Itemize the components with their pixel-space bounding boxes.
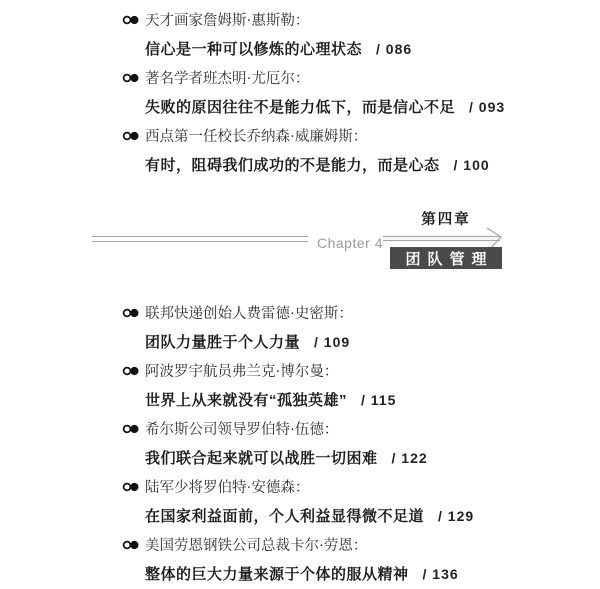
- toc-entry: 美国劳恩钢铁公司总裁卡尔·劳恩： 整体的巨大力量来源于个体的服从精神 / 136: [122, 530, 552, 588]
- toc-quote: 我们联合起来就可以战胜一切困难: [145, 447, 378, 468]
- toc-page-number: / 109: [314, 334, 350, 350]
- double-dot-bullet-icon: [122, 540, 139, 550]
- double-dot-bullet-icon: [122, 15, 139, 25]
- toc-page-number: / 115: [361, 392, 396, 408]
- toc-entry: 希尔斯公司领导罗伯特·伍德： 我们联合起来就可以战胜一切困难 / 122: [122, 414, 552, 472]
- toc-entry: 天才画家詹姆斯·惠斯勒： 信心是一种可以修炼的心理状态 / 086: [122, 5, 552, 63]
- toc-page-number: / 136: [423, 566, 459, 582]
- double-dot-bullet-icon: [122, 424, 139, 434]
- toc-section-bottom: 联邦快递创始人费雷德·史密斯： 团队力量胜于个人力量 / 109 阿波罗宇航员弗…: [122, 298, 552, 588]
- toc-speaker: 联邦快递创始人费雷德·史密斯：: [145, 302, 353, 323]
- toc-entry: 西点第一任校长乔纳森·威廉姆斯： 有时，阻碍我们成功的不是能力，而是心态 / 1…: [122, 121, 552, 179]
- toc-page-number: / 086: [376, 41, 412, 57]
- double-dot-bullet-icon: [122, 482, 139, 492]
- toc-quote: 世界上从来就没有“孤独英雄”: [145, 389, 347, 410]
- toc-speaker: 阿波罗宇航员弗兰克·博尔曼：: [145, 360, 338, 381]
- toc-quote: 信心是一种可以修炼的心理状态: [145, 38, 362, 59]
- toc-speaker: 天才画家詹姆斯·惠斯勒：: [145, 9, 309, 30]
- toc-page-number: / 122: [392, 450, 428, 466]
- toc-quote: 整体的巨大力量来源于个体的服从精神: [145, 563, 409, 584]
- toc-section-top: 天才画家詹姆斯·惠斯勒： 信心是一种可以修炼的心理状态 / 086 著名学者班杰…: [122, 5, 552, 179]
- toc-quote: 团队力量胜于个人力量: [145, 331, 300, 352]
- toc-quote: 失败的原因往往不是能力低下，而是信心不足: [145, 96, 455, 117]
- toc-quote: 有时，阻碍我们成功的不是能力，而是心态: [145, 154, 440, 175]
- double-dot-bullet-icon: [122, 366, 139, 376]
- toc-speaker: 美国劳恩钢铁公司总裁卡尔·劳恩：: [145, 534, 367, 555]
- toc-page-number: / 100: [454, 157, 490, 173]
- toc-speaker: 西点第一任校长乔纳森·威廉姆斯：: [145, 125, 367, 146]
- toc-page-number: / 093: [469, 99, 505, 115]
- book-toc-page: 天才画家詹姆斯·惠斯勒： 信心是一种可以修炼的心理状态 / 086 著名学者班杰…: [0, 0, 600, 589]
- toc-page-number: / 129: [438, 508, 474, 524]
- toc-quote: 在国家利益面前，个人利益显得微不足道: [145, 505, 424, 526]
- double-dot-bullet-icon: [122, 308, 139, 318]
- chapter-number-en: Chapter 4: [317, 235, 383, 251]
- chapter-number-cn: 第四章: [390, 208, 502, 229]
- toc-entry: 阿波罗宇航员弗兰克·博尔曼： 世界上从来就没有“孤独英雄” / 115: [122, 356, 552, 414]
- toc-speaker: 陆军少将罗伯特·安德森：: [145, 476, 309, 497]
- toc-speaker: 希尔斯公司领导罗伯特·伍德：: [145, 418, 338, 439]
- toc-speaker: 著名学者班杰明·尤厄尔：: [145, 67, 309, 88]
- divider-double-rule: [92, 236, 308, 242]
- chapter-title-badge: 团队管理: [390, 247, 502, 269]
- toc-entry: 联邦快递创始人费雷德·史密斯： 团队力量胜于个人力量 / 109: [122, 298, 552, 356]
- double-dot-bullet-icon: [122, 131, 139, 141]
- toc-entry: 著名学者班杰明·尤厄尔： 失败的原因往往不是能力低下，而是信心不足 / 093: [122, 63, 552, 121]
- double-dot-bullet-icon: [122, 73, 139, 83]
- toc-entry: 陆军少将罗伯特·安德森： 在国家利益面前，个人利益显得微不足道 / 129: [122, 472, 552, 530]
